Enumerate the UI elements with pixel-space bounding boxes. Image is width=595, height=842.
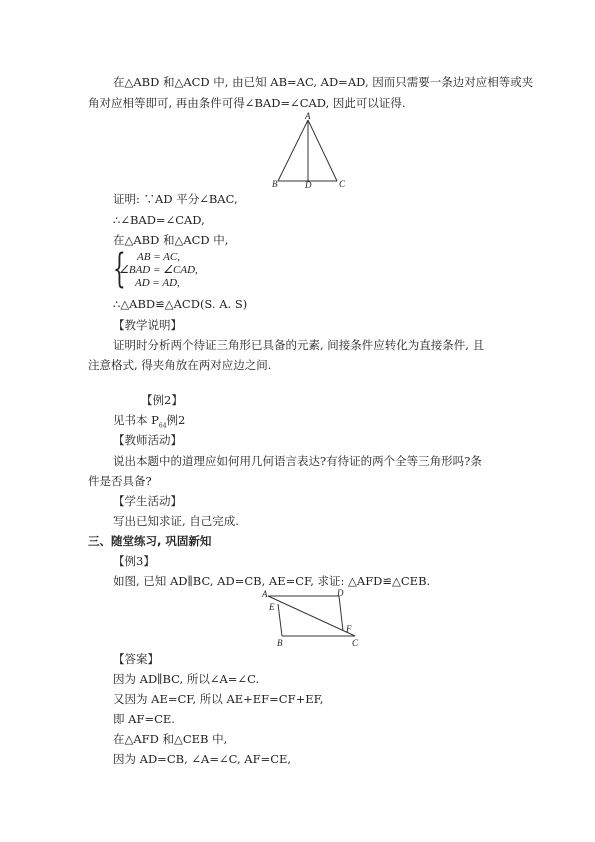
label-a: A: [304, 112, 311, 121]
label-a: A: [261, 589, 268, 599]
paragraph-line: 件是否具备?: [88, 474, 152, 488]
triangle-abc-figure: A B D C: [268, 112, 348, 190]
answer-line: 即 AF=CE.: [113, 712, 175, 726]
proof-conclusion: ∴△ABD≌△ACD(S. A. S): [113, 297, 247, 311]
parallelogram-figure: A D E F B C: [260, 588, 360, 648]
equation-row: AD = AD,: [135, 277, 180, 289]
section-header: 【答案】: [113, 652, 159, 666]
label-c: C: [352, 638, 359, 648]
paragraph-line: 注意格式, 得夹角放在两对应边之间.: [88, 358, 271, 372]
equation-row: ∠BAD = ∠CAD,: [119, 264, 198, 276]
section-header: 【例2】: [141, 393, 183, 407]
section-header: 【例3】: [113, 554, 155, 568]
section-header: 【教师活动】: [113, 433, 182, 447]
page-subscript: 64: [159, 422, 167, 429]
book-reference: 见书本 P64例2: [113, 413, 185, 433]
section-title: 三、随堂练习, 巩固新知: [88, 534, 211, 548]
equation-row: AB = AC,: [137, 251, 180, 263]
paragraph-line: 说出本题中的道理应如何用几何语言表达?有待证的两个全等三角形吗?条: [113, 454, 482, 468]
answer-line: 因为 AD∥BC, 所以∠A=∠C.: [113, 672, 259, 686]
section-header: 【教学说明】: [113, 318, 182, 332]
paragraph-line: 在△ABD 和△ACD 中, 由已知 AB=AC, AD=AD, 因而只需要一条…: [113, 75, 533, 89]
label-b: B: [277, 638, 283, 648]
proof-line: 在△ABD 和△ACD 中,: [113, 233, 228, 247]
label-d: D: [336, 588, 344, 598]
paragraph-line: 如图, 已知 AD∥BC, AD=CB, AE=CF, 求证: △AFD≌△CE…: [113, 574, 430, 588]
label-b: B: [272, 179, 278, 189]
section-header: 【学生活动】: [113, 494, 182, 508]
label-c: C: [339, 179, 346, 189]
label-d: D: [304, 180, 312, 190]
proof-line: ∴∠BAD=∠CAD,: [113, 213, 205, 227]
answer-line: 在△AFD 和△CEB 中,: [113, 732, 227, 746]
answer-line: 因为 AD=CB, ∠A=∠C, AF=CE,: [113, 752, 291, 766]
paragraph-line: 角对应相等即可, 再由条件可得∠BAD=∠CAD, 因此可以证得.: [88, 96, 406, 110]
paragraph-line: 写出已知求证, 自己完成.: [113, 514, 239, 528]
label-e: E: [268, 602, 275, 612]
label-f: F: [345, 624, 352, 634]
ref-suffix: 例2: [167, 413, 186, 427]
ref-prefix: 见书本 P: [113, 413, 159, 427]
proof-line: 证明: ∵AD 平分∠BAC,: [113, 192, 238, 206]
equation-system: { AB = AC, ∠BAD = ∠CAD, AD = AD,: [113, 250, 233, 292]
paragraph-line: 证明时分析两个待证三角形已具备的元素, 间接条件应转化为直接条件, 且: [113, 338, 484, 352]
answer-line: 又因为 AE=CF, 所以 AE+EF=CF+EF,: [113, 692, 323, 706]
